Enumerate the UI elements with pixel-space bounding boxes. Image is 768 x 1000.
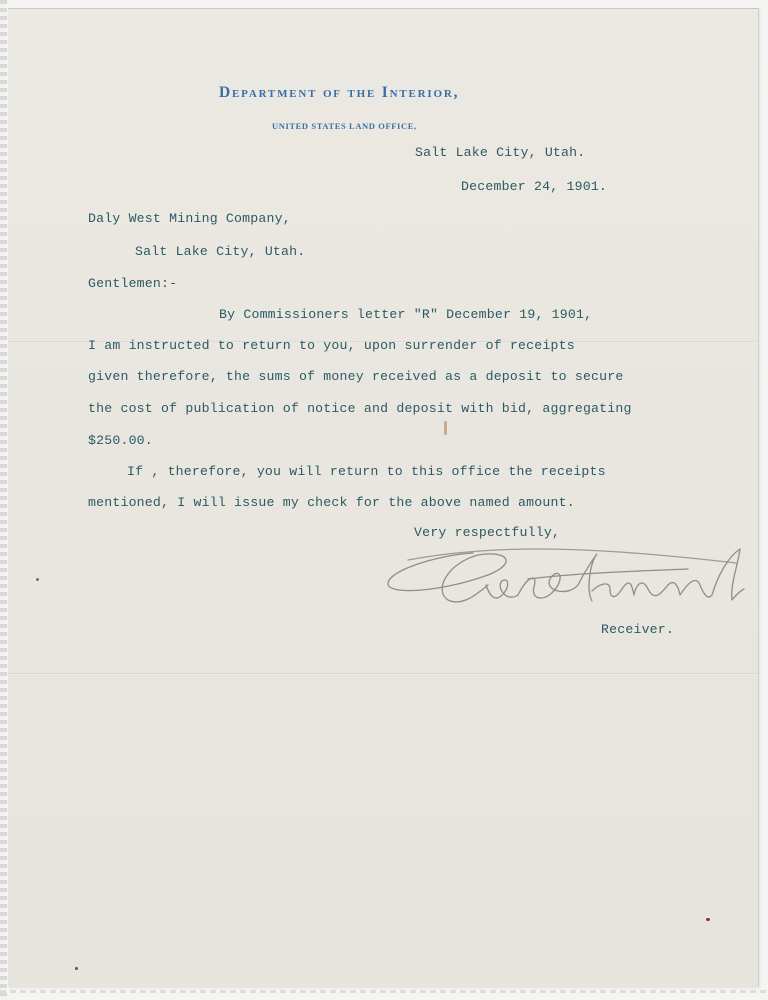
body-line: $250.00. — [88, 433, 153, 448]
salutation: Gentlemen:- — [88, 276, 177, 291]
sleeve-bottom-edge — [0, 990, 768, 993]
valediction: Very respectfully, — [414, 525, 560, 540]
sleeve-perforated-edge — [0, 0, 7, 1000]
paper-speck — [706, 918, 710, 921]
body-line: I am instructed to return to you, upon s… — [88, 338, 575, 353]
paper-stain — [444, 421, 447, 435]
place-line: Salt Lake City, Utah. — [415, 145, 585, 160]
signer-title: Receiver. — [601, 622, 674, 637]
date-line: December 24, 1901. — [461, 179, 607, 194]
fold-line-lower — [8, 673, 758, 675]
handwritten-signature-icon — [378, 545, 748, 615]
body-line: given therefore, the sums of money recei… — [88, 369, 624, 384]
body-line: If , therefore, you will return to this … — [127, 464, 606, 479]
recipient-address: Salt Lake City, Utah. — [135, 244, 305, 259]
body-line: By Commissioners letter "R" December 19,… — [219, 307, 592, 322]
body-line: the cost of publication of notice and de… — [88, 401, 632, 416]
paper-speck — [36, 578, 39, 581]
letterhead-department: Department of the Interior, — [219, 84, 459, 102]
letterhead-office: UNITED STATES LAND OFFICE, — [272, 121, 417, 131]
recipient-name: Daly West Mining Company, — [88, 211, 291, 226]
body-line: mentioned, I will issue my check for the… — [88, 495, 575, 510]
paper-speck — [75, 967, 78, 970]
